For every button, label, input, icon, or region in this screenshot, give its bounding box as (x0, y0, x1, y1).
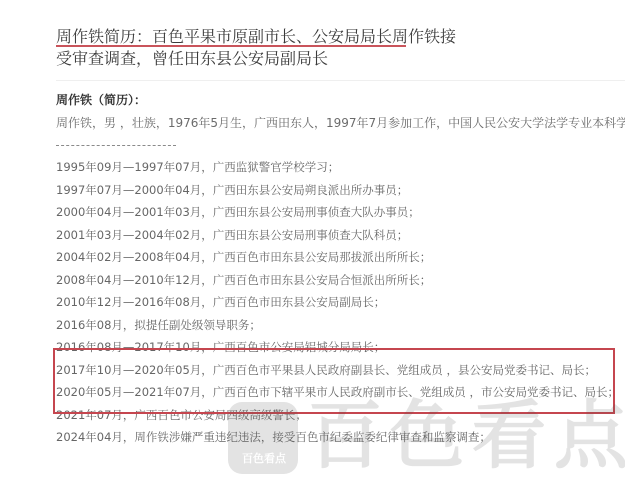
timeline-entry: 2004年02月—2008年04月，广西百色市田东县公安局那拔派出所所长； (56, 249, 619, 272)
timeline-entry: 2021年07月，广西百色市公安局四级高级警长； (56, 407, 619, 430)
profile-section-title: 周作铁（简历）： (56, 92, 146, 108)
headline-line-2: 受审查调查，曾任田东县公安局副局长 (56, 48, 616, 70)
timeline-entry-highlighted: 2017年10月—2020年05月，广西百色市平果县人民政府副县长、党组成员 ，… (56, 362, 619, 385)
divider (56, 80, 625, 81)
headline-underline (56, 45, 406, 47)
timeline-entry: 2008年04月—2010年12月，广西百色市田东县公安局合恒派出所所长； (56, 272, 619, 295)
article-headline: 周作铁简历：百色平果市原副市长、公安局局长周作铁接 受审查调查，曾任田东县公安局… (56, 26, 616, 70)
timeline-entry: 2001年03月—2004年02月，广西田东县公安局刑事侦查大队科员； (56, 227, 619, 250)
timeline-entry: 2016年08月，拟提任副处级领导职务； (56, 317, 619, 340)
timeline-entry: 1995年09月—1997年07月，广西监狱警官学校学习； (56, 159, 619, 182)
timeline-entry: 2000年04月—2001年03月，广西田东县公安局刑事侦查大队办事员； (56, 204, 619, 227)
profile-intro: 周作铁，男 ，壮族，1976年5月生，广西田东人，1997年7月参加工作，中国人… (56, 115, 625, 131)
timeline-entry: 2010年12月—2016年08月，广西百色市田东县公安局副局长； (56, 294, 619, 317)
career-timeline: 1995年09月—1997年07月，广西监狱警官学校学习； 1997年07月—2… (56, 159, 619, 452)
timeline-entry: 1997年07月—2000年04月，广西田东县公安局朔良派出所办事员； (56, 182, 619, 205)
timeline-entry-highlighted: 2020年05月—2021年07月，广西百色市下辖平果市人民政府副市长、党组成员… (56, 384, 619, 407)
watermark-logo-text: 百色看点 (234, 450, 294, 466)
timeline-entry-highlighted: 2016年08月—2017年10月，广西百色市公安局铝城分局局长； (56, 339, 619, 362)
timeline-entry: 2024年04月，周作铁涉嫌严重违纪违法，接受百色市纪委监委纪律审查和监察调查； (56, 429, 619, 452)
dashed-separator (56, 145, 176, 146)
